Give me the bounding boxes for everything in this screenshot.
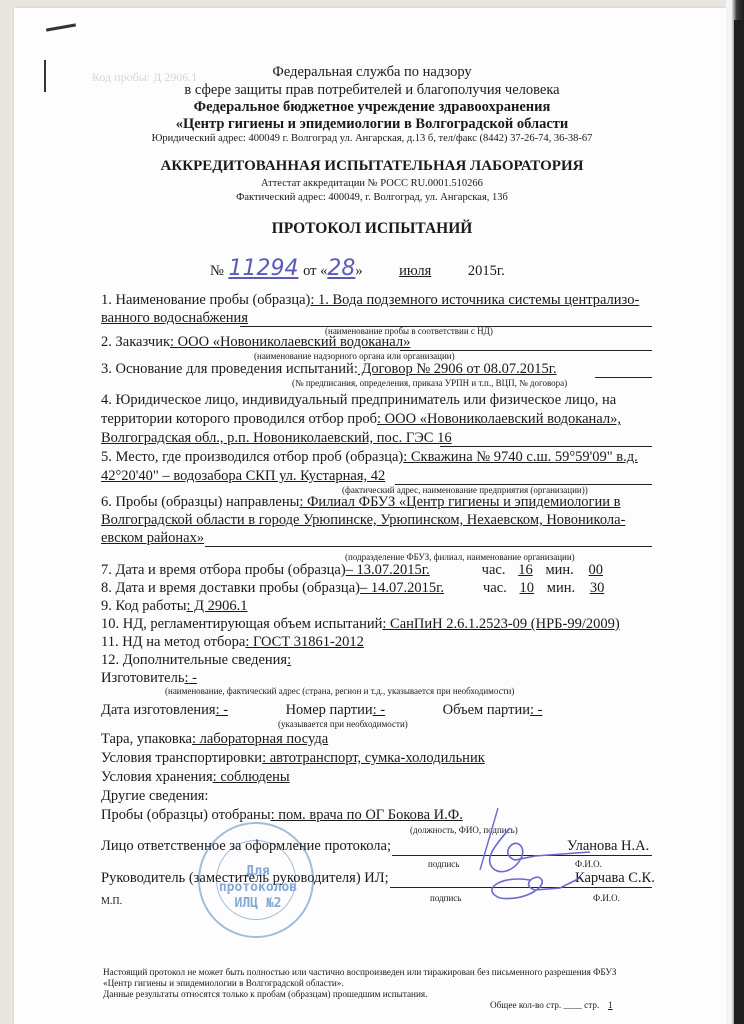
underline (205, 546, 652, 547)
protocol-number: 11294 (227, 256, 299, 281)
protocol-number-line: № 11294 от «28» июля 2015г. (210, 256, 505, 281)
field-sampling-place-cont: 42°20'40" – водозабора СКП ул. Кустарная… (101, 468, 385, 484)
hint: (наименование, фактический адрес (страна… (165, 686, 514, 696)
field-delivery-datetime: 8. Дата и время доставки пробы (образца)… (101, 580, 619, 597)
protocol-year: 2015г. (468, 263, 505, 279)
field-batch-info: Дата изготовления: -Номер партии: -Объем… (101, 702, 620, 719)
protocol-title: ПРОТОКОЛ ИСПЫТАНИЙ (0, 220, 744, 238)
underline (440, 446, 652, 447)
header-line-3: Федеральное бюджетное учреждение здравоо… (0, 99, 744, 116)
field-sent-to: 6. Пробы (образцы) направлены: Филиал ФБ… (101, 494, 621, 511)
header-line-1: Федеральная служба по надзору (0, 64, 744, 81)
actual-address: Фактический адрес: 400049, г. Волгоград,… (0, 192, 744, 203)
field-work-code: 9. Код работы: Д 2906.1 (101, 598, 315, 615)
protocol-day: 28 (327, 256, 355, 281)
hint: (наименование надзорного органа или орга… (254, 351, 455, 361)
field-storage: Условия хранения: соблюдены (101, 769, 645, 786)
legal-address: Юридический адрес: 400049 г. Волгоград у… (0, 133, 744, 144)
field-legal-entity: территории которого проводился отбор про… (101, 411, 621, 428)
footer-disclaimer-2: «Центр гигиены и эпидемиологии в Волгогр… (103, 978, 344, 988)
field-sample-name: 1. Наименование пробы (образца): 1. Вода… (101, 292, 639, 309)
header-line-4: «Центр гигиены и эпидемиологии в Волгогр… (0, 116, 744, 133)
underline (595, 377, 652, 378)
responsible-person: Лицо ответственное за оформление протоко… (101, 838, 391, 855)
lab-title: АККРЕДИТОВАННАЯ ИСПЫТАТЕЛЬНАЯ ЛАБОРАТОРИ… (0, 158, 744, 175)
field-test-scope-nd: 10. НД, регламентирующая объем испытаний… (101, 616, 642, 633)
field-manufacturer: Изготовитель: - (101, 670, 648, 687)
lab-head: Руководитель (заместитель руководителя) … (101, 870, 389, 887)
field-legal-entity-label: 4. Юридическое лицо, индивидуальный пред… (101, 392, 616, 409)
footer-disclaimer-3: Данные результаты относятся только к про… (103, 989, 427, 999)
field-package: Тара, упаковка: лабораторная посуда (101, 731, 636, 748)
header-line-2: в сфере защиты прав потребителей и благо… (0, 82, 744, 99)
footer-disclaimer-1: Настоящий протокол не может быть полност… (103, 967, 616, 977)
field-basis: 3. Основание для проведения испытаний: Д… (101, 361, 557, 378)
field-customer: 2. Заказчик: ООО «Новониколаевский водок… (101, 334, 410, 351)
hint: (указывается при необходимости) (278, 719, 408, 729)
field-sent-to-cont: Волгоградской области в городе Урюпинске… (101, 512, 625, 528)
field-sample-name-cont: ванного водоснабжения (101, 310, 248, 326)
seal-place: М.П. (101, 896, 122, 907)
accreditation: Аттестат аккредитации № РОСС RU.0001.510… (0, 178, 744, 189)
scan-edge (726, 0, 744, 1024)
page-count: Общее кол-во стр. ____ стр.1 (490, 1000, 621, 1010)
hint: (№ предписания, определения, приказа УРП… (292, 378, 567, 388)
field-sampling-method-nd: 11. НД на метод отбора: ГОСТ 31861-2012 (101, 634, 641, 651)
hint: (подразделение ФБУЗ, филиал, наименовани… (345, 552, 575, 562)
field-additional-info: 12. Дополнительные сведения: (101, 652, 643, 669)
field-sent-to-cont2: евском районах» (101, 530, 204, 546)
field-transport: Условия транспортировки: автотранспорт, … (101, 750, 644, 767)
handwritten-signature (440, 800, 620, 900)
field-legal-entity-address: Волгоградская обл., р.п. Новониколаевски… (101, 430, 452, 446)
field-sampling-datetime: 7. Дата и время отбора пробы (образца) –… (101, 562, 618, 579)
field-other-info: Другие сведения: (101, 788, 208, 805)
field-sampling-place: 5. Место, где производился отбор проб (о… (101, 449, 638, 466)
protocol-month: июля (366, 263, 464, 280)
